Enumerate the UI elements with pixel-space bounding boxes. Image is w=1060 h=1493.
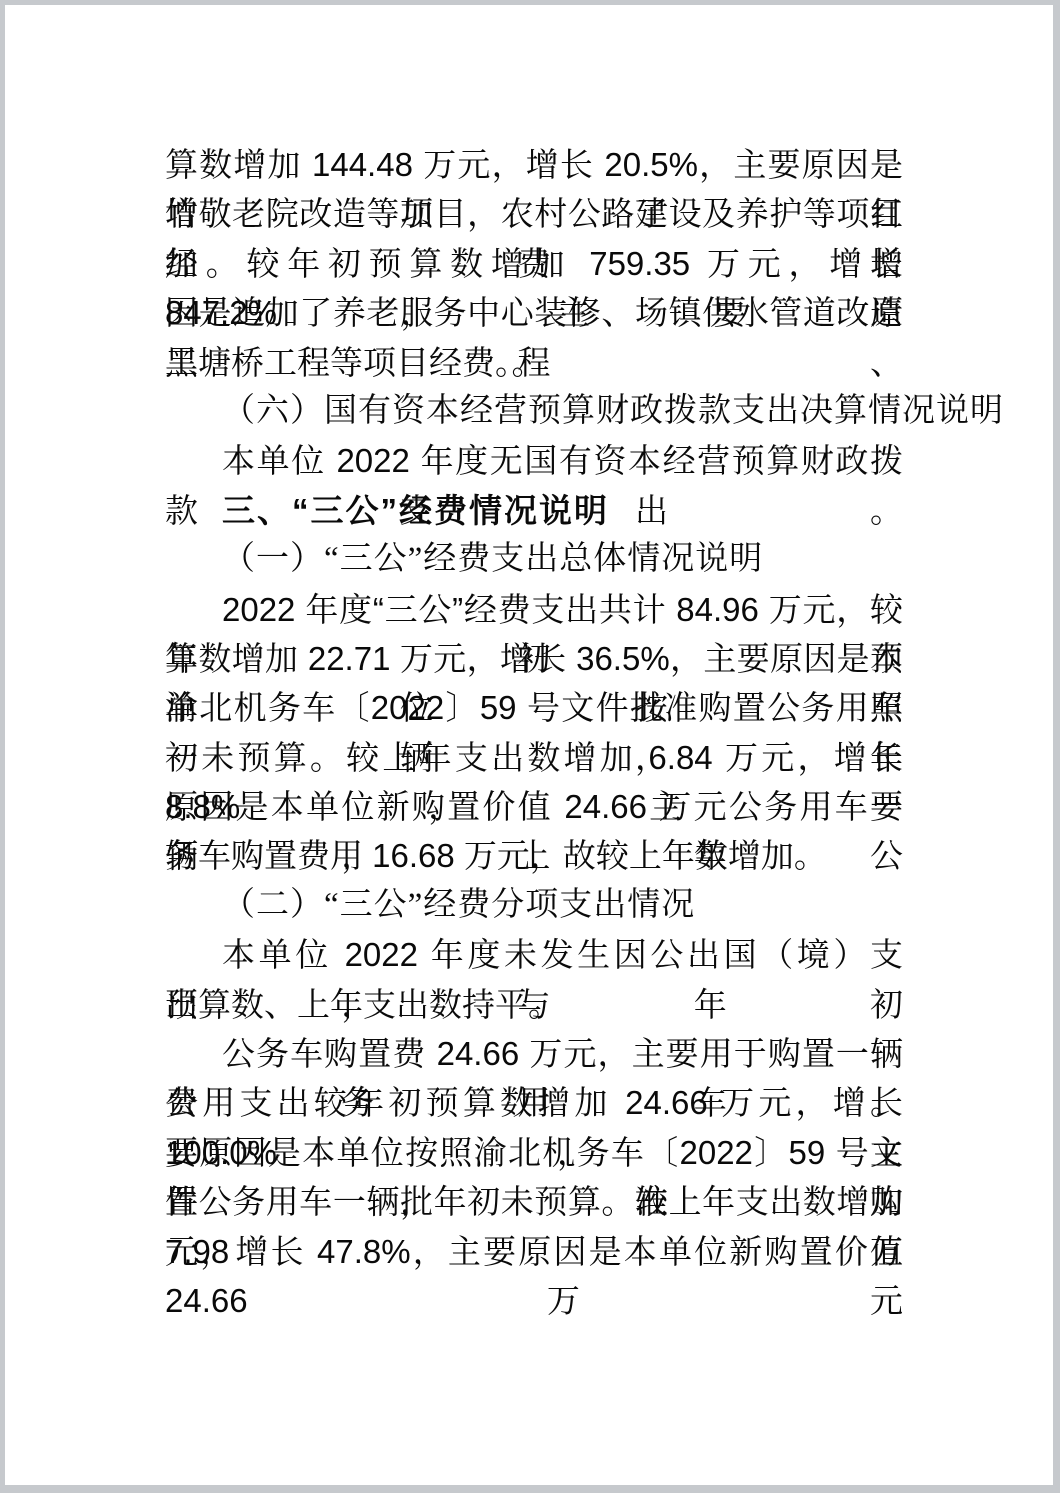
document-page: 算数增加 144.48 万元，增长 20.5%，主要原因是增加了红 竹敬老院改造… xyxy=(5,5,1053,1485)
document-text-block: 算数增加 144.48 万元，增长 20.5%，主要原因是增加了红 竹敬老院改造… xyxy=(165,140,903,1276)
text-line: 费用支出较年初预算数增加 24.66 万元，增长 100.0%，主 xyxy=(165,1078,903,1127)
text-line: 2022 年度“三公”经费支出共计 84.96 万元，较年初预 xyxy=(165,585,903,634)
text-line: 置公务用车一辆，年初未预算。较上年支出数增加 7.98 万 xyxy=(165,1177,903,1226)
paragraph: 2022 年度“三公”经费支出共计 84.96 万元，较年初预 算数增加 22.… xyxy=(165,585,903,881)
subheading-line: （一）“三公”经费支出总体情况说明 xyxy=(165,535,903,584)
paragraph: （六）国有资本经营预算财政拨款支出决算情况说明 xyxy=(165,387,903,436)
text-line: 初未预算。较上年支出数增加 6.84 万元，增长 8.8%，主要 xyxy=(165,733,903,782)
text-line: 本单位 2022 年度无国有资本经营预算财政拨款支出。 xyxy=(165,436,903,485)
text-line: 加。较年初预算数增加 759.35 万元，增长 847.2%，主要原 xyxy=(165,239,903,288)
text-line: 公务车购置费 24.66 万元，主要用于购置一辆公务用车。 xyxy=(165,1029,903,1078)
screenshot-root: { "page": { "frame_color": "#c6c9cd", "p… xyxy=(0,0,1060,1493)
text-line: 因是追加了养老服务中心装修、场镇供水管道改造工程、 xyxy=(165,288,903,337)
text-line: 算数增加 144.48 万元，增长 20.5%，主要原因是增加了红 xyxy=(165,140,903,189)
paragraph: （二）“三公”经费分项支出情况 xyxy=(165,881,903,930)
paragraph: （一）“三公”经费支出总体情况说明 xyxy=(165,535,903,584)
paragraph: 公务车购置费 24.66 万元，主要用于购置一辆公务用车。 费用支出较年初预算数… xyxy=(165,1029,903,1276)
text-line: 渝北机务车〔2022〕59 号文件批准购置公务用车一辆，年 xyxy=(165,683,903,732)
subheading-line: （六）国有资本经营预算财政拨款支出决算情况说明 xyxy=(165,387,903,436)
text-line: 本单位 2022 年度未发生因公出国（境）支出，与年初 xyxy=(165,930,903,979)
paragraph: 算数增加 144.48 万元，增长 20.5%，主要原因是增加了红 竹敬老院改造… xyxy=(165,140,903,387)
text-line: 竹敬老院改造等项目，农村公路建设及养护等项目经费增 xyxy=(165,189,903,238)
text-line: 算数增加 22.71 万元，增长 36.5%，主要原因是本单位按照 xyxy=(165,634,903,683)
paragraph: 本单位 2022 年度未发生因公出国（境）支出，与年初 预算数、上年支出数持平。 xyxy=(165,930,903,1029)
paragraph: 本单位 2022 年度无国有资本经营预算财政拨款支出。 xyxy=(165,436,903,485)
text-line: 要原因是本单位按照渝北机务车〔2022〕59 号文件批准购 xyxy=(165,1128,903,1177)
text-line: 原因是本单位新购置价值 24.66 万元公务用车一辆，上年公 xyxy=(165,782,903,831)
subheading-line: （二）“三公”经费分项支出情况 xyxy=(165,881,903,930)
text-line: 元，增长 47.8%，主要原因是本单位新购置价值 24.66 万元 xyxy=(165,1227,903,1276)
text-line: 务车购置费用 16.68 万元，故较上年数增加。 xyxy=(165,831,903,880)
